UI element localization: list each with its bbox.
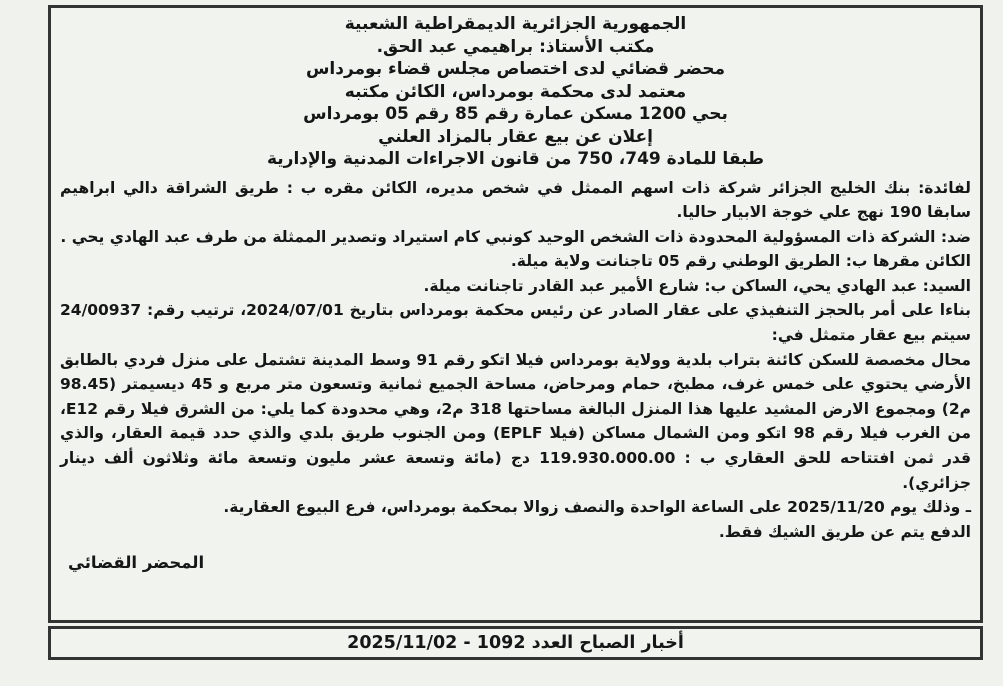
- bailiff-signature: المحضر القضائي: [60, 553, 971, 572]
- header-line-court: معتمد لدى محكمة بومرداس، الكائن مكتبه: [60, 81, 971, 104]
- paragraph-debtor-address: الكائن مقرها ب: الطريق الوطني رقم 05 تاج…: [60, 249, 971, 274]
- header-line-bailiff-title: محضر قضائي لدى اختصاص مجلس قضاء بومرداس: [60, 58, 971, 81]
- paragraph-auction-datetime: ـ وذلك يوم 2025/11/20 على الساعة الواحدة…: [60, 495, 971, 520]
- paragraph-seizure-order: بناءا على أمر بالحجز التنفيذي على عقار ا…: [60, 298, 971, 347]
- paragraph-creditor: لفائدة: بنك الخليج الجزائر شركة ذات اسهم…: [60, 176, 971, 225]
- paragraph-debtor: ضد: الشركة ذات المسؤولية المحدودة ذات ال…: [60, 225, 971, 250]
- paragraph-property-description: محال مخصصة للسكن كائنة بتراب بلدية وولاي…: [60, 348, 971, 496]
- scanned-legal-notice-page: الجمهورية الجزائرية الديمقراطية الشعبية …: [0, 0, 1003, 686]
- header-line-legal-basis: طبقا للمادة 749، 750 من قانون الاجراءات …: [60, 148, 971, 171]
- header-line-office: مكتب الأستاذ: براهيمي عبد الحق.: [60, 36, 971, 59]
- paragraph-payment-method: الدفع يتم عن طريق الشيك فقط.: [60, 520, 971, 545]
- header-line-announcement-title: إعلان عن بيع عقار بالمزاد العلني: [60, 126, 971, 149]
- newspaper-footer-bar: أخبار الصباح العدد 1092 - 2025/11/02: [48, 626, 983, 660]
- notice-text: لفائدة: بنك الخليج الجزائر شركة ذات اسهم…: [60, 176, 971, 545]
- header-line-address: بحي 1200 مسكن عمارة رقم 85 رقم 05 بومردا…: [60, 103, 971, 126]
- paragraph-person: السيد: عبد الهادي يحي، الساكن ب: شارع ال…: [60, 274, 971, 299]
- notice-header: الجمهورية الجزائرية الديمقراطية الشعبية …: [60, 13, 971, 171]
- footer-text: أخبار الصباح العدد 1092 - 2025/11/02: [347, 633, 684, 653]
- notice-body-box: الجمهورية الجزائرية الديمقراطية الشعبية …: [48, 5, 983, 623]
- header-line-republic: الجمهورية الجزائرية الديمقراطية الشعبية: [60, 13, 971, 36]
